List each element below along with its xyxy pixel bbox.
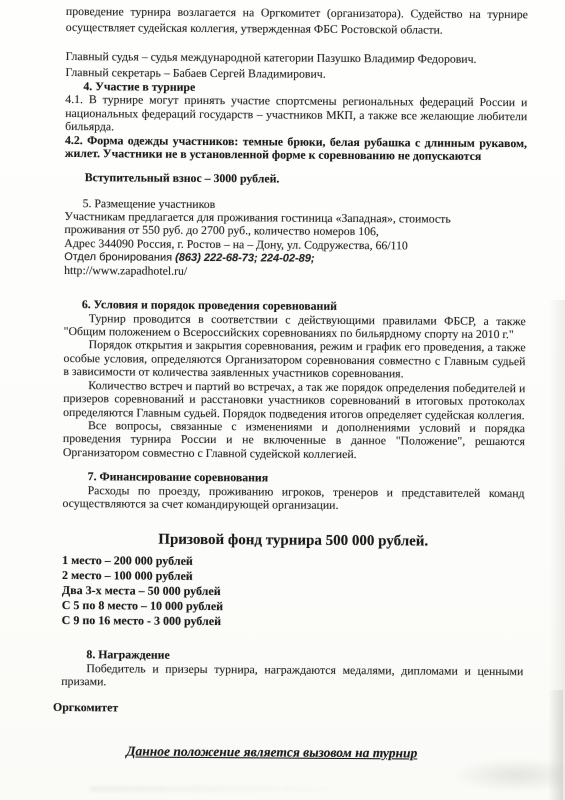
booking-phone-numbers: (863) 222-68-73; 224-02-89; [175, 252, 315, 265]
orgcommittee-line: Оргкомитет [53, 701, 523, 718]
intro-paragraph: проведение турнира возлагается на Оргком… [66, 3, 528, 38]
scan-noise-band [90, 786, 330, 792]
hotel-website: http://www.zapadhotel.ru/ [64, 264, 526, 280]
document-content: проведение турнира возлагается на Оргком… [61, 3, 528, 761]
rules-paragraph-4: Все вопросы, связанные с изменениями и д… [63, 419, 525, 462]
officials-block: Главный судья – судья международной кате… [65, 48, 527, 83]
prize-list: 1 место – 200 000 рублей 2 место – 100 0… [62, 553, 525, 631]
financing-paragraph: Расходы по проезду, проживанию игроков, … [62, 484, 524, 514]
clause-4-2: 4.2. Форма одежды участников: темные брю… [65, 134, 527, 164]
prize-item: С 9 по 16 место - 3 000 рублей [62, 613, 524, 631]
prize-fund-title: Призовой фонд турнира 500 000 рублей. [62, 530, 524, 551]
accommodation-block: Участникам предлагается для проживания г… [64, 210, 526, 280]
rules-paragraph-3: Количество встреч и партий во встречах, … [63, 379, 525, 422]
scanned-document-page: проведение турнира возлагается на Оргком… [0, 0, 565, 800]
clause-4-1: 4.1. В турнире могут принять участие спо… [65, 93, 527, 136]
entry-fee-line: Вступительный взнос – 3000 рублей. [65, 171, 527, 188]
scan-smudge [450, 758, 562, 792]
booking-label: Отдел бронирования [64, 251, 175, 264]
rules-paragraph-2: Порядок открытия и закрытия соревнования… [63, 338, 525, 381]
awards-paragraph: Победитель и призеры турнира, награждают… [61, 662, 523, 692]
